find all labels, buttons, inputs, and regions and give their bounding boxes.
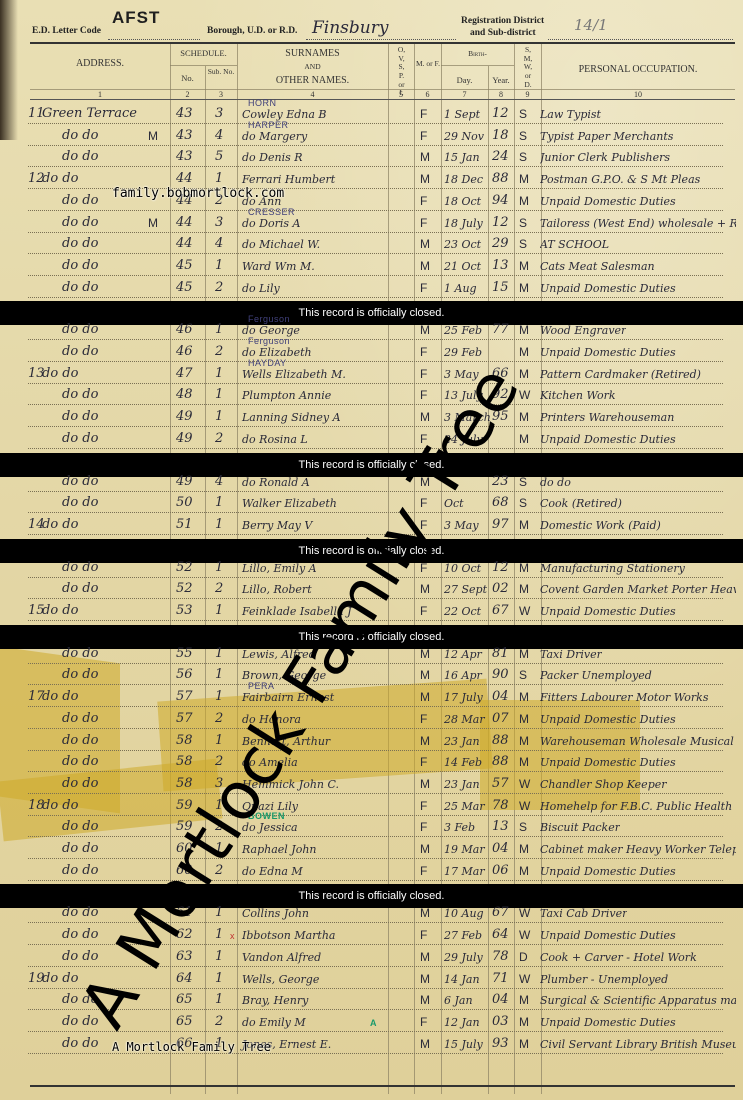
marital-status: M [519,1037,529,1051]
register-row: 11Green Terrace433Cowley Edna BHORNF1 Se… [0,104,743,126]
birth-day: 23 Jan [444,778,480,791]
schedule-sub-number: 2 [215,1014,223,1029]
birth-year: 23 [492,474,509,489]
marital-status: W [519,799,530,813]
birth-day: 25 Mar [444,800,485,813]
address: do do [62,754,98,769]
schedule-number: 52 [176,560,193,575]
occupation: Covent Garden Market Porter Heavy Work [540,583,736,596]
address: do do [62,149,98,164]
schedule-number: 46 [176,322,193,337]
address: do do [62,322,98,337]
birth-day: 15 Jan [444,151,480,164]
birth-day: 15 July [444,1038,483,1051]
occupation: Unpaid Domestic Duties [540,605,676,618]
register-row: 17do do571Fairbairn ErnestPERAM17 July04… [0,687,743,709]
register-row: do do435do Denis RM15 Jan24SJunior Clerk… [0,147,743,169]
occupation: Kitchen Work [540,389,616,402]
sex: F [420,518,427,532]
marital-status: M [519,561,529,575]
person-name: Lillo, Robert [242,583,312,596]
marital-status: M [519,993,529,1007]
schedule-sub-number: 1 [215,689,223,704]
birth-day: 18 Oct [444,195,481,208]
register-row: 14do do511Berry May VF3 May97MDomestic W… [0,515,743,537]
schedule-number: 59 [176,819,193,834]
birth-year: 81 [492,646,509,661]
col-sex: M. or F. [415,60,441,69]
marital-status: W [519,388,530,402]
person-name: do Honora [242,713,301,726]
marital-status: S [519,237,527,251]
schedule-number: 55 [176,646,193,661]
address: do do [62,215,98,230]
address: do do [62,560,98,575]
birth-day: 22 Oct [444,605,481,618]
birth-year: 93 [492,1036,509,1051]
occupation: Unpaid Domestic Duties [540,1016,676,1029]
col-surnames: SURNAMES [237,48,388,60]
birth-year: 78 [492,949,509,964]
col-schedule: SCHEDULE. [170,49,237,59]
birth-day: Oct [444,497,464,510]
birth-day: 23 Oct [444,238,481,251]
birth-day: 3 March [444,411,491,424]
birth-day: 1 Aug [444,282,477,295]
occupation: Surgical & Scientific Apparatus maker [540,994,736,1007]
col-occupation: PERSONAL OCCUPATION. [541,64,735,76]
schedule-number: 44 [176,171,193,186]
occupation: AT SCHOOL [540,238,609,251]
marital-status: M [519,194,529,208]
annotation: BOWEN [248,811,285,821]
marital-status: M [519,323,529,337]
sex: M [420,690,430,704]
schedule-sub-number: 2 [215,819,223,834]
birth-year: 13 [492,819,509,834]
birth-year: 13 [492,258,509,273]
schedule-number: 60 [176,841,193,856]
address: do do [62,863,98,878]
address: do do [62,258,98,273]
person-name: Hemmick John C. [242,778,339,791]
occupation: Taxi Cab Driver [540,907,627,920]
birth-year: 88 [492,171,509,186]
schedule-number: 53 [176,603,193,618]
occupation: Cabinet maker Heavy Worker Telephone Dep… [540,843,736,856]
annotation: HORN [248,98,277,108]
marital-status: S [519,216,527,230]
address: do do [62,949,98,964]
sex: F [420,928,427,942]
birth-day: 27 Sept [444,583,487,596]
birth-year: 06 [492,863,509,878]
marital-status: S [519,668,527,682]
marital-status: M [519,842,529,856]
occupation: Biscuit Packer [540,821,620,834]
marital-status: M [519,172,529,186]
schedule-sub-number: 4 [215,474,223,489]
col-schedule-sub: Sub. No. [206,68,236,77]
occupation: Law Typist [540,108,601,121]
address: do do [62,128,98,143]
sex: M [420,777,430,791]
annotation: HAYDAY [248,358,287,368]
birth-day: 17 July [444,691,483,704]
sex: M [420,582,430,596]
birth-year: 66 [492,366,509,381]
address: do do [62,495,98,510]
register-row: 19do do641Wells, GeorgeM14 Jan71WPlumber… [0,969,743,991]
schedule-number: 47 [176,366,193,381]
col-address: ADDRESS. [30,58,170,70]
register-row: do do461do GeorgeFergusonM25 Feb77MWood … [0,320,743,342]
birth-year: 88 [492,754,509,769]
register-row: do do492do Rosina LF24 JulyMUnpaid Domes… [0,429,743,451]
address: do do [42,171,78,186]
occupation: Tailoress (West End) wholesale + Retail … [540,217,736,230]
occupation: Typist Paper Merchants [540,130,673,143]
register-row: do doM434do MargeryHARPERF29 Nov18STypis… [0,126,743,148]
sex: F [420,496,427,510]
register-row: do do572do HonoraF28 Mar07MUnpaid Domest… [0,709,743,731]
person-name: Ferrari Humbert [242,173,335,186]
schedule-number: 57 [176,689,193,704]
birth-day: 12 Jan [444,1016,480,1029]
sex: F [420,345,427,359]
marital-status: W [519,928,530,942]
sub-district-label: and Sub-district [470,28,536,38]
register-row: do do494do Ronald AM23Sdo do [0,472,743,494]
person-name: Feinklade Isabella J [242,605,352,618]
schedule-number: 58 [176,776,193,791]
birth-day: 29 Nov [444,130,484,143]
birth-year: 92 [492,387,509,402]
register-row: do do601Raphael JohnM19 Mar04MCabinet ma… [0,839,743,861]
occupation: Civil Servant Library British Museum [540,1038,736,1051]
occupation: Unpaid Domestic Duties [540,282,676,295]
sex: F [420,712,427,726]
occupation: Cook (Retired) [540,497,622,510]
birth-year: 88 [492,733,509,748]
birth-day: 21 Oct [444,260,481,273]
sex: M [420,323,430,337]
register-row: do do582do AmeliaF14 Feb88MUnpaid Domest… [0,752,743,774]
schedule-number: 63 [176,949,193,964]
marital-status: S [519,107,527,121]
annotation: HARPER [248,120,289,130]
schedule-number: 44 [176,215,193,230]
address: do do [62,280,98,295]
birth-year: 18 [492,128,509,143]
marital-status: M [519,690,529,704]
register-row: do do444do Michael W.M23 Oct29SAT SCHOOL [0,234,743,256]
marital-status: S [519,150,527,164]
marital-status: W [519,777,530,791]
person-name: do Michael W. [242,238,320,251]
register-row: do do651Bray, HenryM6 Jan04MSurgical & S… [0,990,743,1012]
address: do do [62,581,98,596]
schedule-sub-number: 1 [215,841,223,856]
birth-year: 94 [492,193,509,208]
schedule-number: 48 [176,387,193,402]
birth-year: 29 [492,236,509,251]
schedule-number: 43 [176,106,193,121]
marital-status: S [519,820,527,834]
birth-year: 04 [492,841,509,856]
schedule-sub-number: 2 [215,344,223,359]
schedule-sub-number: 1 [215,560,223,575]
schedule-number: 49 [176,431,193,446]
register-row: do do501Walker ElizabethFOct68SCook (Ret… [0,493,743,515]
schedule-sub-number: 1 [215,322,223,337]
sex: F [420,820,427,834]
birth-year: 67 [492,603,509,618]
person-name: Ibbotson Martha [242,929,335,942]
person-name: Lewis, Alfred [242,648,316,661]
sex: F [420,216,427,230]
schedule-sub-number: 1 [215,366,223,381]
birth-year: 77 [492,322,509,337]
annotation: CRESSER [248,207,295,217]
col-birth: Birth- [441,50,514,59]
sex: F [420,561,427,575]
birth-year: 12 [492,560,509,575]
address: do do [62,733,98,748]
col-birth-year: Year. [488,76,514,86]
schedule-sub-number: 2 [215,581,223,596]
address: do do [62,409,98,424]
marital-status: M [519,367,529,381]
birth-year: 12 [492,215,509,230]
marital-status: M [519,734,529,748]
schedule-sub-number: 2 [215,280,223,295]
address: do do [62,236,98,251]
birth-year: 95 [492,409,509,424]
register-row: do do631Vandon AlfredM29 July78DCook + C… [0,947,743,969]
sex: F [420,367,427,381]
occupation: Wood Engraver [540,324,626,337]
register-row: do do451Ward Wm M.M21 Oct13MCats Meat Sa… [0,256,743,278]
occupation: Packer Unemployed [540,669,652,682]
schedule-number: 43 [176,128,193,143]
marital-status: M [519,1015,529,1029]
marital-status: S [519,475,527,489]
schedule-number: 59 [176,798,193,813]
annotation: Ferguson [248,314,290,324]
person-name: do Doris A [242,217,300,230]
occupation: Plumber - Unemployed [540,973,668,986]
marital-status: M [519,432,529,446]
birth-day: 17 Mar [444,865,485,878]
address: do do [62,927,98,942]
schedule-number: 52 [176,581,193,596]
schedule-sub-number: 1 [215,905,223,920]
sex: M [420,172,430,186]
sex: F [420,604,427,618]
schedule-number: 57 [176,711,193,726]
address: do do [62,1014,98,1029]
occupation: Postman G.P.O. & S Mt Pleas [540,173,700,186]
person-name: do Jessica [242,821,298,834]
address: do do [62,819,98,834]
marital-status: W [519,604,530,618]
register-row: do do491Lanning Sidney AM3 March95MPrint… [0,407,743,429]
col-birth-day: Day. [441,76,488,86]
person-name: do Emily M [242,1016,306,1029]
birth-day: 13 July [444,389,483,402]
sex: M [420,410,430,424]
occupation: Unpaid Domestic Duties [540,346,676,359]
footer-rule [30,1085,735,1087]
birth-year: 04 [492,992,509,1007]
schedule-sub-number: 4 [215,236,223,251]
schedule-number: 45 [176,280,193,295]
census-register-page: E.D. Letter Code AFST Borough, U.D. or R… [0,0,743,1100]
occupation: Cats Meat Salesman [540,260,655,273]
schedule-number: 56 [176,667,193,682]
birth-day: 6 Jan [444,994,473,1007]
schedule-number: 43 [176,149,193,164]
birth-day: 16 Apr [444,669,482,682]
birth-day: 14 Jan [444,973,480,986]
person-name: Fairbairn Ernest [242,691,334,704]
occupation: Cook + Carver - Hotel Work [540,951,697,964]
address: do do [62,667,98,682]
occupation: Unpaid Domestic Duties [540,713,676,726]
person-name: do Denis R [242,151,303,164]
person-name: Wells, George [242,973,319,986]
schedule-number: 64 [176,971,193,986]
schedule-number: 45 [176,258,193,273]
sex: M [420,842,430,856]
schedule-sub-number: 1 [215,733,223,748]
address: Green Terrace [42,106,137,121]
person-name: do Ronald A [242,476,310,489]
address: do do [42,517,78,532]
schedule-number: 58 [176,754,193,769]
sex: F [420,432,427,446]
schedule-sub-number: 3 [215,215,223,230]
birth-day: 28 Mar [444,713,485,726]
marital-status: S [519,129,527,143]
sex: M [420,734,430,748]
register-row: do do481Plumpton AnnieF13 July92WKitchen… [0,385,743,407]
address: do do [42,689,78,704]
marital-status: M [519,755,529,769]
sex: F [420,1015,427,1029]
birth-year: 03 [492,1014,509,1029]
register-row: do do551Lewis, AlfredM12 Apr81MTaxi Driv… [0,644,743,666]
birth-day: 27 Feb [444,929,482,942]
birth-day: 18 Dec [444,173,483,186]
register-row: do do652do Emily MAF12 Jan03MUnpaid Dome… [0,1012,743,1034]
birth-year: 71 [492,971,509,986]
person-name: Berry May V [242,519,312,532]
ed-letter-code-label: E.D. Letter Code [32,26,101,36]
sex: M [420,1037,430,1051]
register-row: do do561Brown, GeorgeM16 Apr90SPacker Un… [0,665,743,687]
person-name: Vandon Alfred [242,951,321,964]
birth-year: 97 [492,517,509,532]
sex: F [420,388,427,402]
person-name: Lillo, Emily A [242,562,317,575]
borough-label: Borough, U.D. or R.D. [207,26,297,36]
person-name: Ward Wm M. [242,260,315,273]
borough-value: Finsbury [312,18,388,38]
annotation: x [230,931,235,941]
schedule-number: 65 [176,1014,193,1029]
occupation: Warehouseman Wholesale Musical Firm [540,735,736,748]
schedule-sub-number: 1 [215,517,223,532]
sex: F [420,107,427,121]
address: do do [62,905,98,920]
schedule-number: 58 [176,733,193,748]
schedule-sub-number: 1 [215,387,223,402]
occupation: Pattern Cardmaker (Retired) [540,368,701,381]
occupation: Unpaid Domestic Duties [540,865,676,878]
sex: F [420,194,427,208]
sex: F [420,281,427,295]
sex: M [420,475,430,489]
address: do do [62,646,98,661]
schedule-sub-number: 1 [215,949,223,964]
birth-year: 15 [492,280,509,295]
schedule-number: 60 [176,863,193,878]
address: do do [42,603,78,618]
schedule-number: 62 [176,927,193,942]
occupation: Manufacturing Stationery [540,562,685,575]
watermark-url: family.bobmortlock.com [112,186,284,201]
occupation: Chandler Shop Keeper [540,778,667,791]
person-name: do Edna M [242,865,303,878]
col-schedule-no: No. [170,74,205,84]
register-row: do do592do JessicaBOWENF3 Feb13SBiscuit … [0,817,743,839]
register-row: do do462do ElizabethFergusonF29 FebMUnpa… [0,342,743,364]
register-row: do do611Collins JohnM10 Aug67WTaxi Cab D… [0,903,743,925]
schedule-sub-number: 1 [215,927,223,942]
schedule-number: 49 [176,409,193,424]
person-name: Bray, Henry [242,994,308,1007]
birth-day: 29 Feb [444,346,482,359]
register-row: do do602do Edna MF17 Mar06MUnpaid Domest… [0,861,743,883]
schedule-sub-number: 1 [215,603,223,618]
address: do do [62,431,98,446]
birth-year: 02 [492,581,509,596]
address: do do [62,387,98,402]
person-name: do Amelia [242,756,298,769]
address: do do [62,1036,98,1051]
birth-day: 24 July [444,433,483,446]
schedule-sub-number: 1 [215,992,223,1007]
registration-district-value: 14/1 [574,16,608,34]
schedule-number: 44 [176,236,193,251]
schedule-sub-number: 1 [215,646,223,661]
header-rule [30,42,735,44]
schedule-sub-number: 5 [215,149,223,164]
address: do do [62,344,98,359]
birth-year: 78 [492,798,509,813]
person-name: Collins John [242,907,309,920]
register-row: do do581Bennett, ArthurM23 Jan88MWarehou… [0,731,743,753]
occupation: Unpaid Domestic Duties [540,929,676,942]
occupation: Domestic Work (Paid) [540,519,661,532]
person-name: do Margery [242,130,307,143]
schedule-sub-number: 3 [215,776,223,791]
birth-day: 29 July [444,951,483,964]
schedule-number: 65 [176,992,193,1007]
sex: M [420,906,430,920]
